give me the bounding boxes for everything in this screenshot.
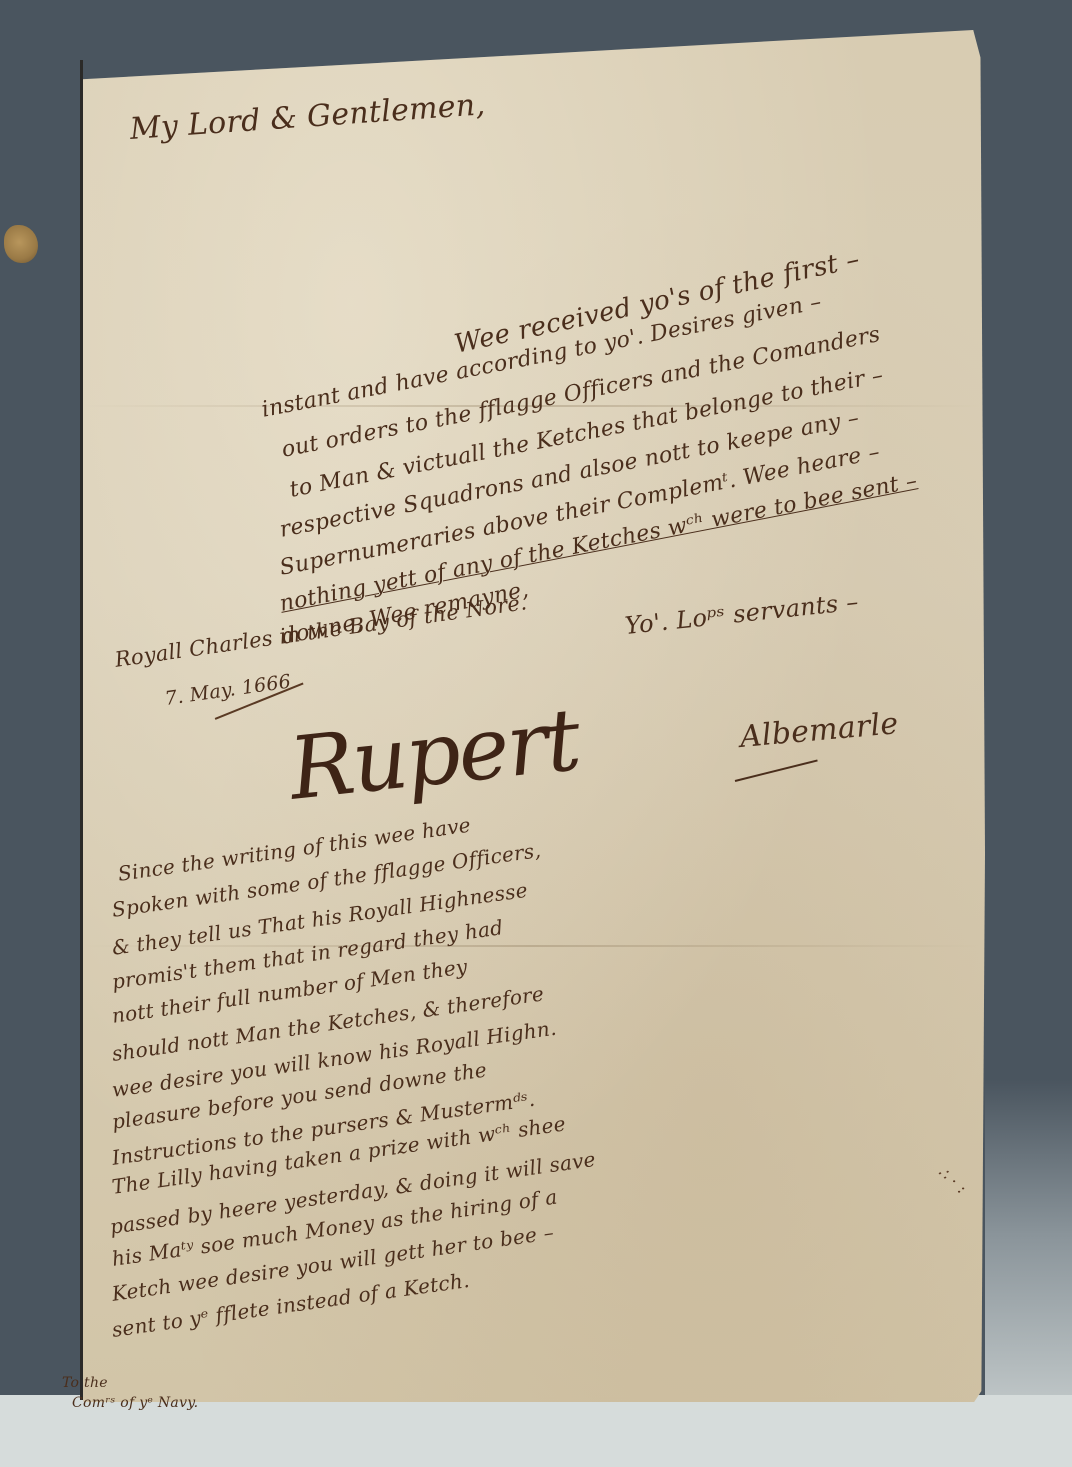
docket-line: To the: [62, 1375, 108, 1391]
paper-scrap: [4, 225, 38, 263]
docket-line: Comʳˢ of yᵉ Navy.: [72, 1395, 198, 1411]
paper-edge: [80, 60, 83, 1400]
